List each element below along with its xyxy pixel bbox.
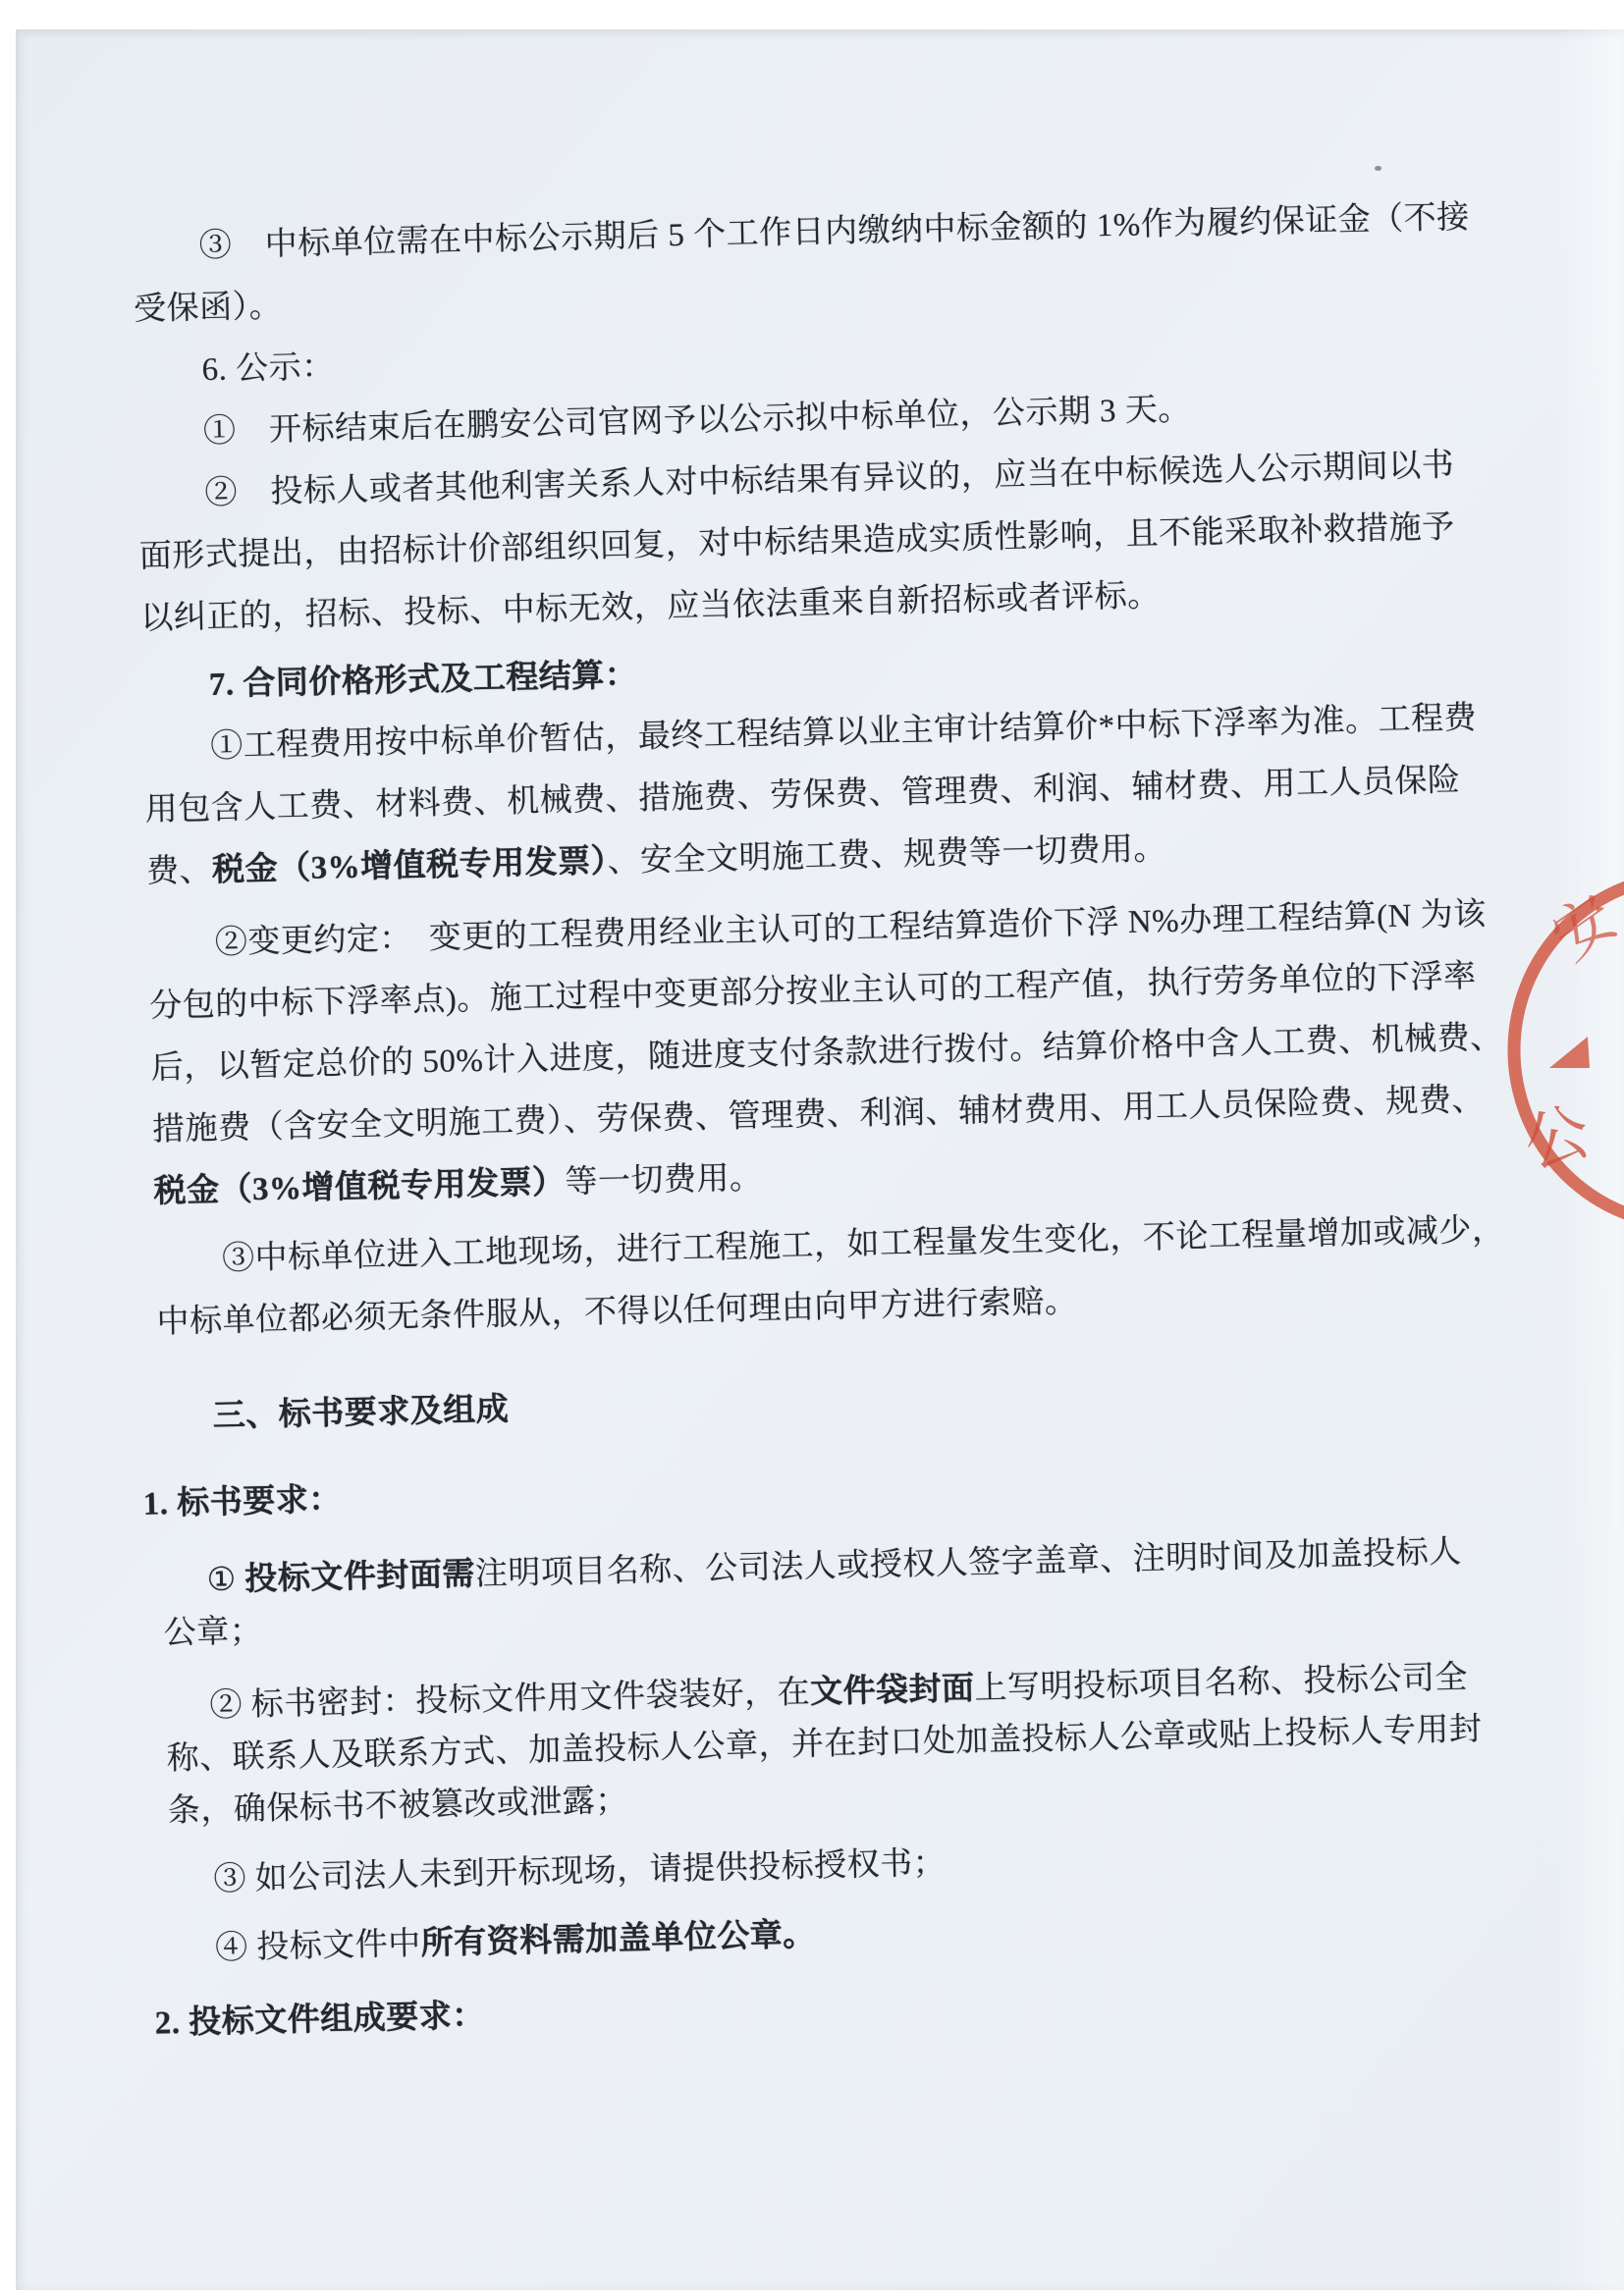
section-3-title-bid-document: 三、标书要求及组成 xyxy=(158,1358,1485,1450)
bold-text-segment: 所有资料需加盖单位公章。 xyxy=(420,1917,816,1961)
text-line: 1. 标书要求： xyxy=(142,1449,1487,1531)
bold-text-segment: 7. 合同价格形式及工程结算： xyxy=(208,658,637,703)
item-2-objection-procedure: ② 投标人或者其他利害关系人对中标结果有异议的，应当在中标候选人公示期间以书面形… xyxy=(137,435,1467,651)
text-segment: 、安全文明施工费、规费等一切费用。 xyxy=(607,831,1166,880)
bold-text-segment: 三、标书要求及组成 xyxy=(212,1392,509,1434)
heading-2-bid-doc-composition: 2. 投标文件组成要求： xyxy=(172,1968,1498,2051)
text-segment: 费、 xyxy=(146,853,213,890)
bold-text-segment: 投标文件封面需 xyxy=(244,1557,475,1597)
text-line: 2. 投标文件组成要求： xyxy=(154,1968,1498,2051)
text-segment: ① xyxy=(206,1562,245,1598)
item-2-sealing-requirements: ② 标书密封：投标文件用文件袋装好，在文件袋封面上写明投标项目名称、投标公司全称… xyxy=(165,1652,1493,1839)
text-segment: 6. 公示： xyxy=(201,349,335,388)
red-seal-stamp: 安 公 xyxy=(1487,836,1624,1229)
text-segment: 受保函）。 xyxy=(134,289,283,327)
text-segment: 公章； xyxy=(163,1614,262,1651)
item-3-authorization-letter: ③ 如公司法人未到开标现场，请提供投标授权书； xyxy=(169,1826,1495,1908)
text-segment: ① 开标结束后在鹏安公司官网予以公示拟中标单位，公示期 3 天。 xyxy=(203,392,1192,450)
text-segment: 中标单位都必须无条件服从，不得以任何理由向甲方进行索赔。 xyxy=(156,1284,1078,1340)
bold-text-segment: 税金（3%增值税专用发票） xyxy=(153,1165,566,1209)
item-1-cover-requirements: ① 投标文件封面需注明项目名称、公司法人或授权人签字盖章、注明时间及加盖投标人公… xyxy=(162,1526,1489,1661)
text-segment: 以纠正的，招标、投标、中标无效，应当依法重来自新招标或者评标。 xyxy=(140,578,1161,637)
text-segment: ② 标书密封：投标文件用文件袋装好，在 xyxy=(209,1675,810,1724)
item-2-change-agreement: ②变更约定： 变更的工程费用经业主认可的工程结算造价下浮 N%办理工程结算(N … xyxy=(147,884,1480,1224)
text-segment: 等一切费用。 xyxy=(565,1160,763,1201)
text-segment: ④ 投标文件中 xyxy=(215,1926,422,1966)
text-line: 三、标书要求及组成 xyxy=(212,1358,1485,1448)
bold-text-segment: 1. 标书要求： xyxy=(142,1482,342,1522)
bold-text-segment: 税金（3%增值税专用发票） xyxy=(212,844,608,888)
text-segment: 上写明投标项目名称、投标公司全 xyxy=(974,1660,1468,1706)
heading-1-bid-doc-requirements: 1. 标书要求： xyxy=(160,1449,1487,1531)
item-4-company-seal-on-all: ④ 投标文件中所有资料需加盖单位公章。 xyxy=(171,1895,1497,1977)
document-text-block: ③ 中标单位需在中标公示期后 5 个工作日内缴纳中标金额的 1%作为履约保证金（… xyxy=(16,29,1624,2053)
scan-speck xyxy=(1375,166,1381,171)
item-3-site-entry-no-claim: ③中标单位进入工地现场，进行工程施工，如工程量发生变化，不论工程量增加或减少，中… xyxy=(154,1201,1483,1355)
item-1-project-cost: ①工程费用按中标单价暂估，最终工程结算以业主审计结算价*中标下浮率为准。工程费用… xyxy=(143,688,1473,904)
bold-text-segment: 2. 投标文件组成要求： xyxy=(154,1999,485,2042)
seal-star-point xyxy=(1549,1037,1590,1068)
text-segment: 条，确保标书不被篡改或泄露； xyxy=(168,1784,629,1830)
text-line: ③ 如公司法人未到开标现场，请提供投标授权书； xyxy=(213,1826,1495,1907)
text-line: ④ 投标文件中所有资料需加盖单位公章。 xyxy=(215,1895,1497,1976)
scanned-paper-page: ③ 中标单位需在中标公示期后 5 个工作日内缴纳中标金额的 1%作为履约保证金（… xyxy=(16,29,1624,2290)
text-segment: ③ 如公司法人未到开标现场，请提供投标授权书； xyxy=(213,1845,946,1897)
bold-text-segment: 文件袋封面 xyxy=(810,1672,975,1711)
